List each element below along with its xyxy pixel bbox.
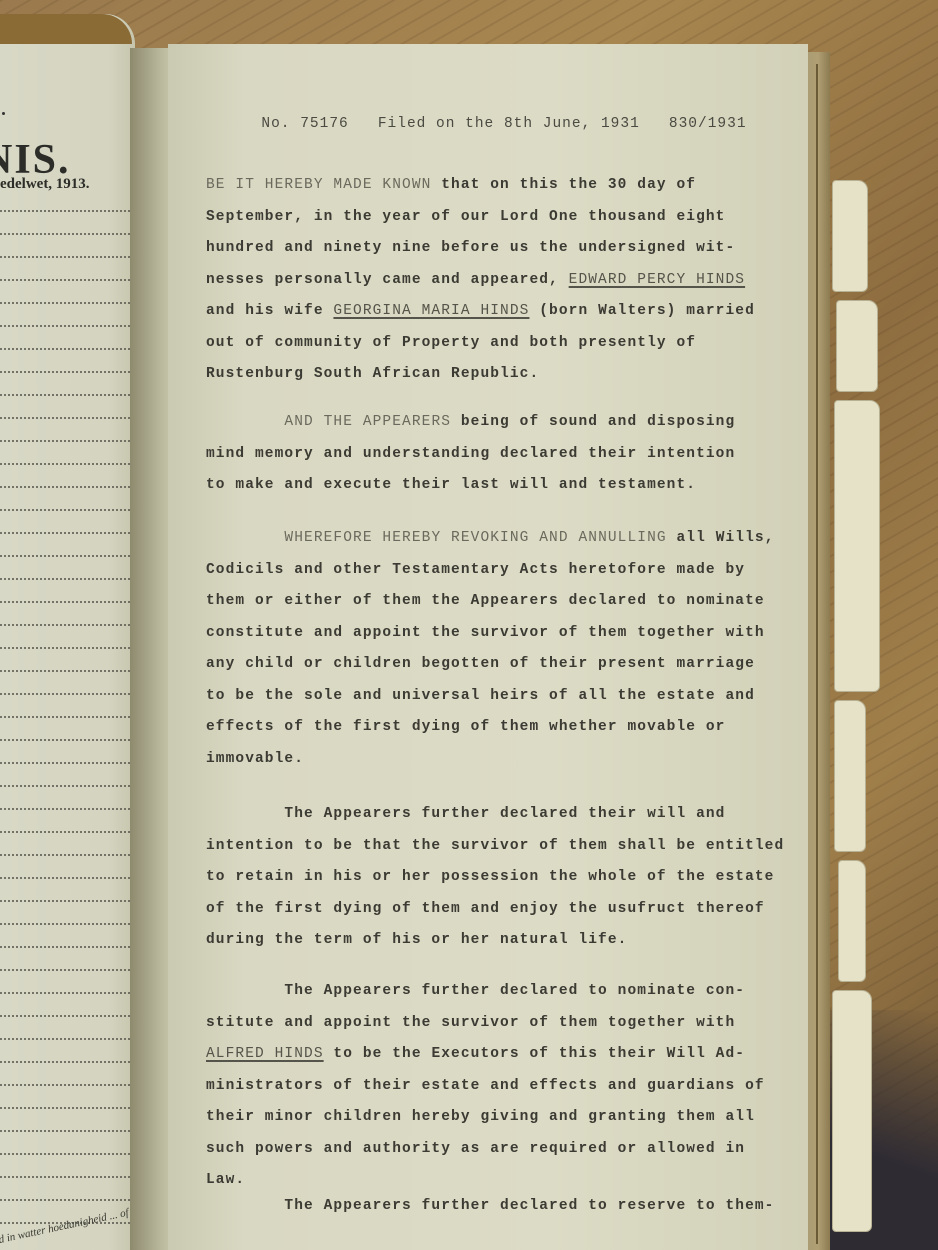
ruled-line [0, 1061, 130, 1063]
ruled-line [0, 601, 130, 603]
text-segment: nesses personally came and appeared, [206, 272, 569, 288]
ruled-line [0, 716, 130, 718]
paper-tab [838, 860, 866, 982]
text-line: AND THE APPEARERS being of sound and dis… [206, 414, 735, 430]
ruled-line [0, 302, 130, 304]
ruled-line [0, 279, 130, 281]
text-line: during the term of his or her natural li… [206, 932, 627, 948]
ruled-line [0, 693, 130, 695]
text-line: ministrators of their estate and effects… [206, 1078, 765, 1094]
text-line: to be the sole and universal heirs of al… [206, 688, 755, 704]
text-segment: all Wills, [667, 530, 775, 546]
ruled-line [0, 256, 130, 258]
text-segment: (born Walters) married [529, 303, 754, 319]
paper-tab [834, 700, 866, 852]
text-line: such powers and authority as are require… [206, 1141, 745, 1157]
left-page-mark [2, 112, 5, 115]
text-line: them or either of them the Appearers dec… [206, 593, 765, 609]
left-page-subheading: edelwet, 1913. [0, 176, 90, 193]
ruled-line [0, 647, 130, 649]
paper-tab [832, 990, 872, 1232]
text-segment: Codicils and other Testamentary Acts her… [206, 562, 745, 578]
text-line: BE IT HEREBY MADE KNOWN that on this the… [206, 177, 696, 193]
text-segment: stitute and appoint the survivor of them… [206, 1015, 735, 1031]
ruled-line [0, 532, 130, 534]
text-line: Rustenburg South African Republic. [206, 366, 539, 382]
text-segment: to be the Executors of this their Will A… [324, 1046, 745, 1062]
ruled-line [0, 969, 130, 971]
text-segment: to make and execute their last will and … [206, 477, 696, 493]
ruled-line [0, 877, 130, 879]
left-page-footer: d in watter hoedanigheid ... of by die .… [0, 1205, 137, 1246]
left-page: NIS. edelwet, 1913. d in watter hoedanig… [0, 14, 135, 1250]
ruled-line [0, 762, 130, 764]
ruled-line [0, 371, 130, 373]
text-segment: their minor children hereby giving and g… [206, 1109, 755, 1125]
text-line: of the first dying of them and enjoy the… [206, 901, 765, 917]
text-line: The Appearers further declared their wil… [206, 806, 725, 822]
ruled-line [0, 808, 130, 810]
text-line: nesses personally came and appeared, EDW… [206, 272, 745, 288]
text-segment: September, in the year of our Lord One t… [206, 209, 725, 225]
ruled-line [0, 1107, 130, 1109]
ruled-line [0, 1176, 130, 1178]
text-segment: AND THE APPEARERS [284, 414, 451, 430]
ruled-line [0, 348, 130, 350]
paper-tab [832, 180, 868, 292]
ruled-line [0, 325, 130, 327]
ruled-line [0, 831, 130, 833]
ruled-line [0, 210, 130, 212]
text-line: their minor children hereby giving and g… [206, 1109, 755, 1125]
text-line: immovable. [206, 751, 304, 767]
text-line: any child or children begotten of their … [206, 656, 755, 672]
ruled-line [0, 486, 130, 488]
ruled-line [0, 233, 130, 235]
text-segment: of the first dying of them and enjoy the… [206, 901, 765, 917]
text-segment [206, 530, 284, 546]
text-segment: constitute and appoint the survivor of t… [206, 625, 765, 641]
text-line: out of community of Property and both pr… [206, 335, 696, 351]
ruled-line [0, 785, 130, 787]
reference-number: 830/1931 [669, 116, 747, 132]
ruled-line [0, 923, 130, 925]
text-segment: The Appearers further declared to nomina… [206, 983, 745, 999]
text-line: The Appearers further declared to nomina… [206, 983, 745, 999]
text-segment: out of community of Property and both pr… [206, 335, 696, 351]
text-segment: hundred and ninety nine before us the un… [206, 240, 735, 256]
text-segment: them or either of them the Appearers dec… [206, 593, 765, 609]
ruled-line [0, 946, 130, 948]
text-line: hundred and ninety nine before us the un… [206, 240, 735, 256]
ruled-line [0, 1015, 130, 1017]
text-segment: The Appearers further declared their wil… [206, 806, 725, 822]
text-segment: effects of the first dying of them wheth… [206, 719, 725, 735]
text-segment: being of sound and disposing [451, 414, 735, 430]
ruled-line [0, 624, 130, 626]
text-line: constitute and appoint the survivor of t… [206, 625, 765, 641]
text-line: and his wife GEORGINA MARIA HINDS (born … [206, 303, 755, 319]
ruled-line [0, 670, 130, 672]
ruled-line [0, 854, 130, 856]
underlined-name: ALFRED HINDS [206, 1046, 324, 1062]
text-line: ALFRED HINDS to be the Executors of this… [206, 1046, 745, 1062]
text-line: intention to be that the survivor of the… [206, 838, 784, 854]
ruled-line [0, 900, 130, 902]
text-segment: such powers and authority as are require… [206, 1141, 745, 1157]
text-line: to make and execute their last will and … [206, 477, 696, 493]
ruled-line [0, 1153, 130, 1155]
text-line: The Appearers further declared to reserv… [206, 1198, 774, 1214]
text-line: WHEREFORE HEREBY REVOKING AND ANNULLING … [206, 530, 775, 546]
text-line: September, in the year of our Lord One t… [206, 209, 725, 225]
text-segment: during the term of his or her natural li… [206, 932, 627, 948]
text-line: mind memory and understanding declared t… [206, 446, 735, 462]
text-segment: mind memory and understanding declared t… [206, 446, 735, 462]
text-segment: to retain in his or her possession the w… [206, 869, 774, 885]
paper-tab [836, 300, 878, 392]
text-segment: immovable. [206, 751, 304, 767]
ruled-line [0, 1199, 130, 1201]
ruled-line [0, 1038, 130, 1040]
text-segment: that on this the 30 day of [431, 177, 696, 193]
document-header: No. 75176 Filed on the 8th June, 1931 83… [242, 100, 747, 132]
text-line: to retain in his or her possession the w… [206, 869, 774, 885]
text-segment: Rustenburg South African Republic. [206, 366, 539, 382]
ruled-line [0, 578, 130, 580]
ruled-line [0, 440, 130, 442]
ruled-line [0, 1084, 130, 1086]
book-cover-edge [0, 14, 132, 44]
text-line: Codicils and other Testamentary Acts her… [206, 562, 745, 578]
text-segment: ministrators of their estate and effects… [206, 1078, 765, 1094]
right-page [168, 44, 808, 1250]
ruled-line [0, 463, 130, 465]
underlined-name: EDWARD PERCY HINDS [569, 272, 745, 288]
text-segment: and his wife [206, 303, 333, 319]
underlined-name: GEORGINA MARIA HINDS [333, 303, 529, 319]
text-segment [206, 414, 284, 430]
text-segment: to be the sole and universal heirs of al… [206, 688, 755, 704]
text-segment: The Appearers further declared to reserv… [206, 1198, 774, 1214]
ruled-line [0, 1130, 130, 1132]
text-segment: intention to be that the survivor of the… [206, 838, 784, 854]
text-segment: Law. [206, 1172, 245, 1188]
paper-tab [834, 400, 880, 692]
text-segment: BE IT HEREBY MADE KNOWN [206, 177, 431, 193]
page-edge-line [816, 64, 818, 1244]
text-line: Law. [206, 1172, 245, 1188]
ruled-line [0, 555, 130, 557]
filed-date: Filed on the 8th June, 1931 [378, 116, 640, 132]
ruled-line [0, 394, 130, 396]
text-segment: WHEREFORE HEREBY REVOKING AND ANNULLING [284, 530, 666, 546]
ruled-line [0, 417, 130, 419]
ruled-line [0, 509, 130, 511]
text-line: effects of the first dying of them wheth… [206, 719, 725, 735]
text-line: stitute and appoint the survivor of them… [206, 1015, 735, 1031]
ruled-line [0, 739, 130, 741]
text-segment: any child or children begotten of their … [206, 656, 755, 672]
ruled-line [0, 992, 130, 994]
document-number: No. 75176 [261, 116, 348, 132]
